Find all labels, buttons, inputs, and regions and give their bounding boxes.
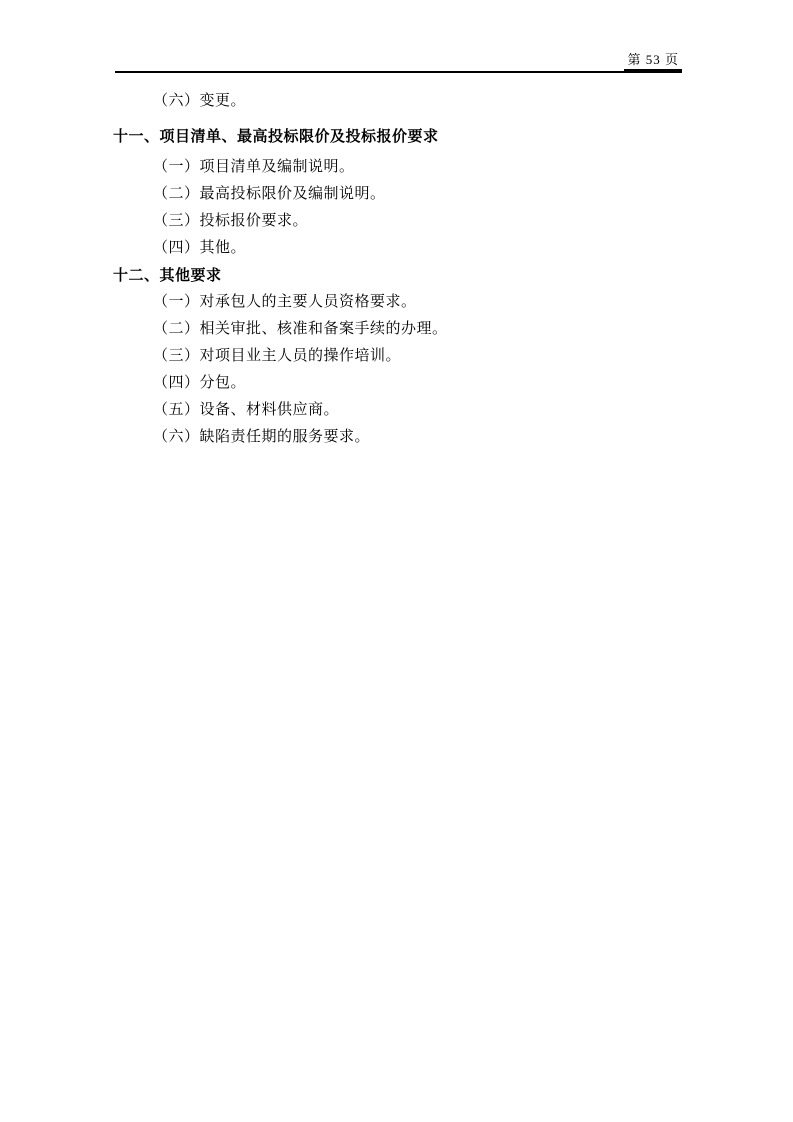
list-item: （三）对项目业主人员的操作培训。 <box>113 343 685 370</box>
list-item: （一）对承包人的主要人员资格要求。 <box>113 289 685 316</box>
page-number: 第 53 页 <box>624 52 682 71</box>
list-item: （二）相关审批、核准和备案手续的办理。 <box>113 316 685 343</box>
list-item: （四）其他。 <box>113 235 685 262</box>
list-item: （四）分包。 <box>113 370 685 397</box>
document-page: 第 53 页 （六）变更。 十一、项目清单、最高投标限价及投标报价要求 （一）项… <box>0 0 793 1122</box>
list-item: （六）变更。 <box>113 88 685 115</box>
section-heading: 十一、项目清单、最高投标限价及投标报价要求 <box>113 123 685 150</box>
list-item: （二）最高投标限价及编制说明。 <box>113 181 685 208</box>
list-item: （三）投标报价要求。 <box>113 208 685 235</box>
list-item: （一）项目清单及编制说明。 <box>113 154 685 181</box>
page-header: 第 53 页 <box>115 0 682 73</box>
document-body: （六）变更。 十一、项目清单、最高投标限价及投标报价要求 （一）项目清单及编制说… <box>113 88 685 451</box>
list-item: （五）设备、材料供应商。 <box>113 397 685 424</box>
list-item: （六）缺陷责任期的服务要求。 <box>113 424 685 451</box>
section-heading: 十二、其他要求 <box>113 262 685 289</box>
